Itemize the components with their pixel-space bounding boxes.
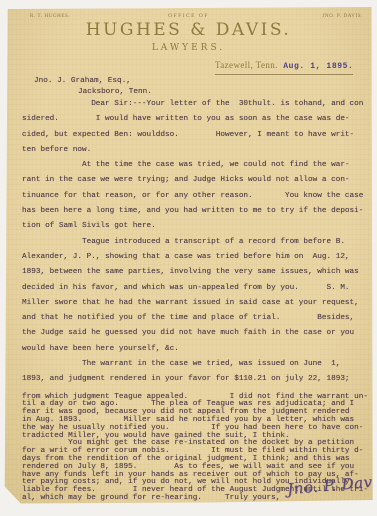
letterhead-subtitle: LAWYERS. [4, 43, 373, 53]
recipient-name: Jno. J. Graham, Esq., [34, 77, 131, 85]
dateline: Tazewell, Tenn. Aug. 1, 1895. [215, 55, 353, 75]
typed-line: At the time the case was tried, we could… [22, 158, 373, 173]
typed-line: Alexander, J. P., showing that a case wa… [22, 250, 373, 265]
recipient-city: Jacksboro, Tenn. [78, 88, 152, 96]
typed-line: 1893, and judgment rendered in your favo… [22, 372, 373, 387]
letter-date: Aug. 1, 1895. [278, 62, 354, 71]
typed-line: al, which may be ground for re-hearing. … [22, 495, 373, 503]
typed-line: and that he notified you of the time and… [22, 311, 373, 326]
letter-paragraphs: Dear Sir:---Your letter of the 30thult. … [22, 97, 373, 388]
typed-line: cided, but expected Ben: woulddso. Howev… [22, 128, 373, 143]
typed-line: sidered. I would have written to you as … [22, 112, 373, 127]
typed-line: Miller swore that he had the warrant iss… [22, 296, 373, 311]
typed-line: Teague introduced a transcript of a reco… [22, 235, 373, 250]
letterhead-firm-name: HUGHES & DAVIS. [4, 20, 373, 40]
typed-line: Dear Sir:---Your letter of the 30thult. … [22, 97, 373, 112]
letter-body: Dear Sir:---Your letter of the 30thult. … [22, 97, 373, 503]
typed-line: would have been here yourself, &c. [22, 342, 373, 357]
letterhead-office-of: OFFICE OF [4, 13, 373, 19]
typed-line: the Judge said he guessed you did not ha… [22, 326, 373, 341]
typed-line: has been here a long time, and you had w… [22, 204, 373, 219]
letterhead-place: Tazewell, Tenn. [215, 60, 278, 70]
typed-line: 1893, between the same parties, involvin… [22, 265, 373, 280]
typed-line: tion of Saml Sivils got here. [22, 219, 373, 234]
typed-line: tinuance for that reason, or for any oth… [22, 189, 373, 204]
letter-paper: R. T. HUGHES. JNO. P. DAVIS. OFFICE OF H… [4, 6, 373, 505]
typed-line: ten before now. [22, 143, 373, 158]
typed-line: rant in the case we were trying; and Jud… [22, 173, 373, 188]
scanned-letter-view: { "colors": { "scan_bg": "#f2f1ed", "pap… [0, 0, 377, 516]
typed-line: decided in his favor, and which was un-a… [22, 281, 373, 296]
typed-line: The warrant in the case we tried, was is… [22, 357, 373, 372]
